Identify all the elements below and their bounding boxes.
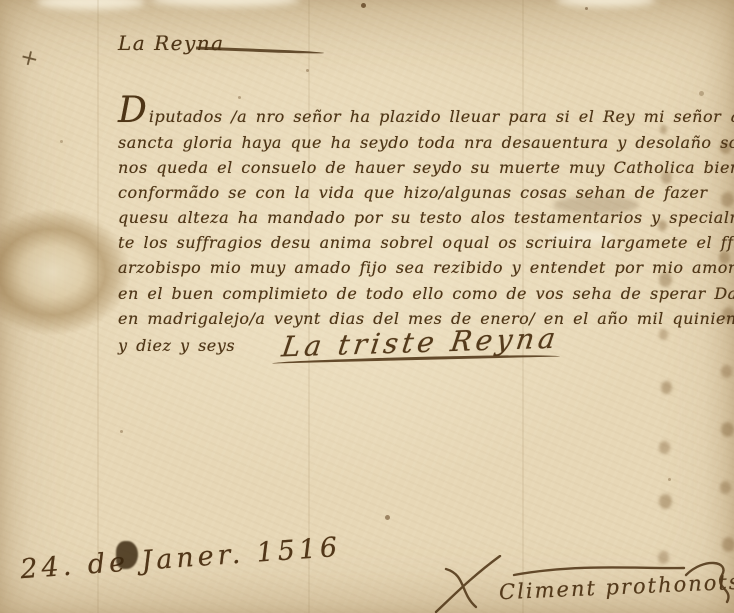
manuscript-line: y diez y seys [118,336,235,356]
manuscript-line: conformãdo se con la vida que hizo/algun… [118,183,707,203]
ink-speckles [0,0,3,3]
fold-line [522,0,524,613]
manuscript-line: arzobispo mio muy amado fijo sea rezibid… [118,258,734,278]
header-la-reyna: La Reyna [118,31,225,55]
manuscript-scan: + La Reyna Diputados /a nro señor ha pla… [0,0,734,613]
manuscript-line: quesu alteza ha mandado por su testo alo… [118,208,734,228]
fold-line [97,0,99,613]
paper-sheet [0,0,734,613]
manuscript-line: nos queda el consuelo de hauer seydo su … [118,158,734,178]
manuscript-line: en el buen complimieto de todo ello como… [118,284,734,304]
fold-line [308,0,310,613]
manuscript-line: Diputados /a nro señor ha plazido lleuar… [118,106,734,127]
manuscript-line: sancta gloria haya que ha seydo toda nra… [118,133,734,153]
manuscript-line: te los suffragios desu anima sobrel oqua… [118,233,734,253]
